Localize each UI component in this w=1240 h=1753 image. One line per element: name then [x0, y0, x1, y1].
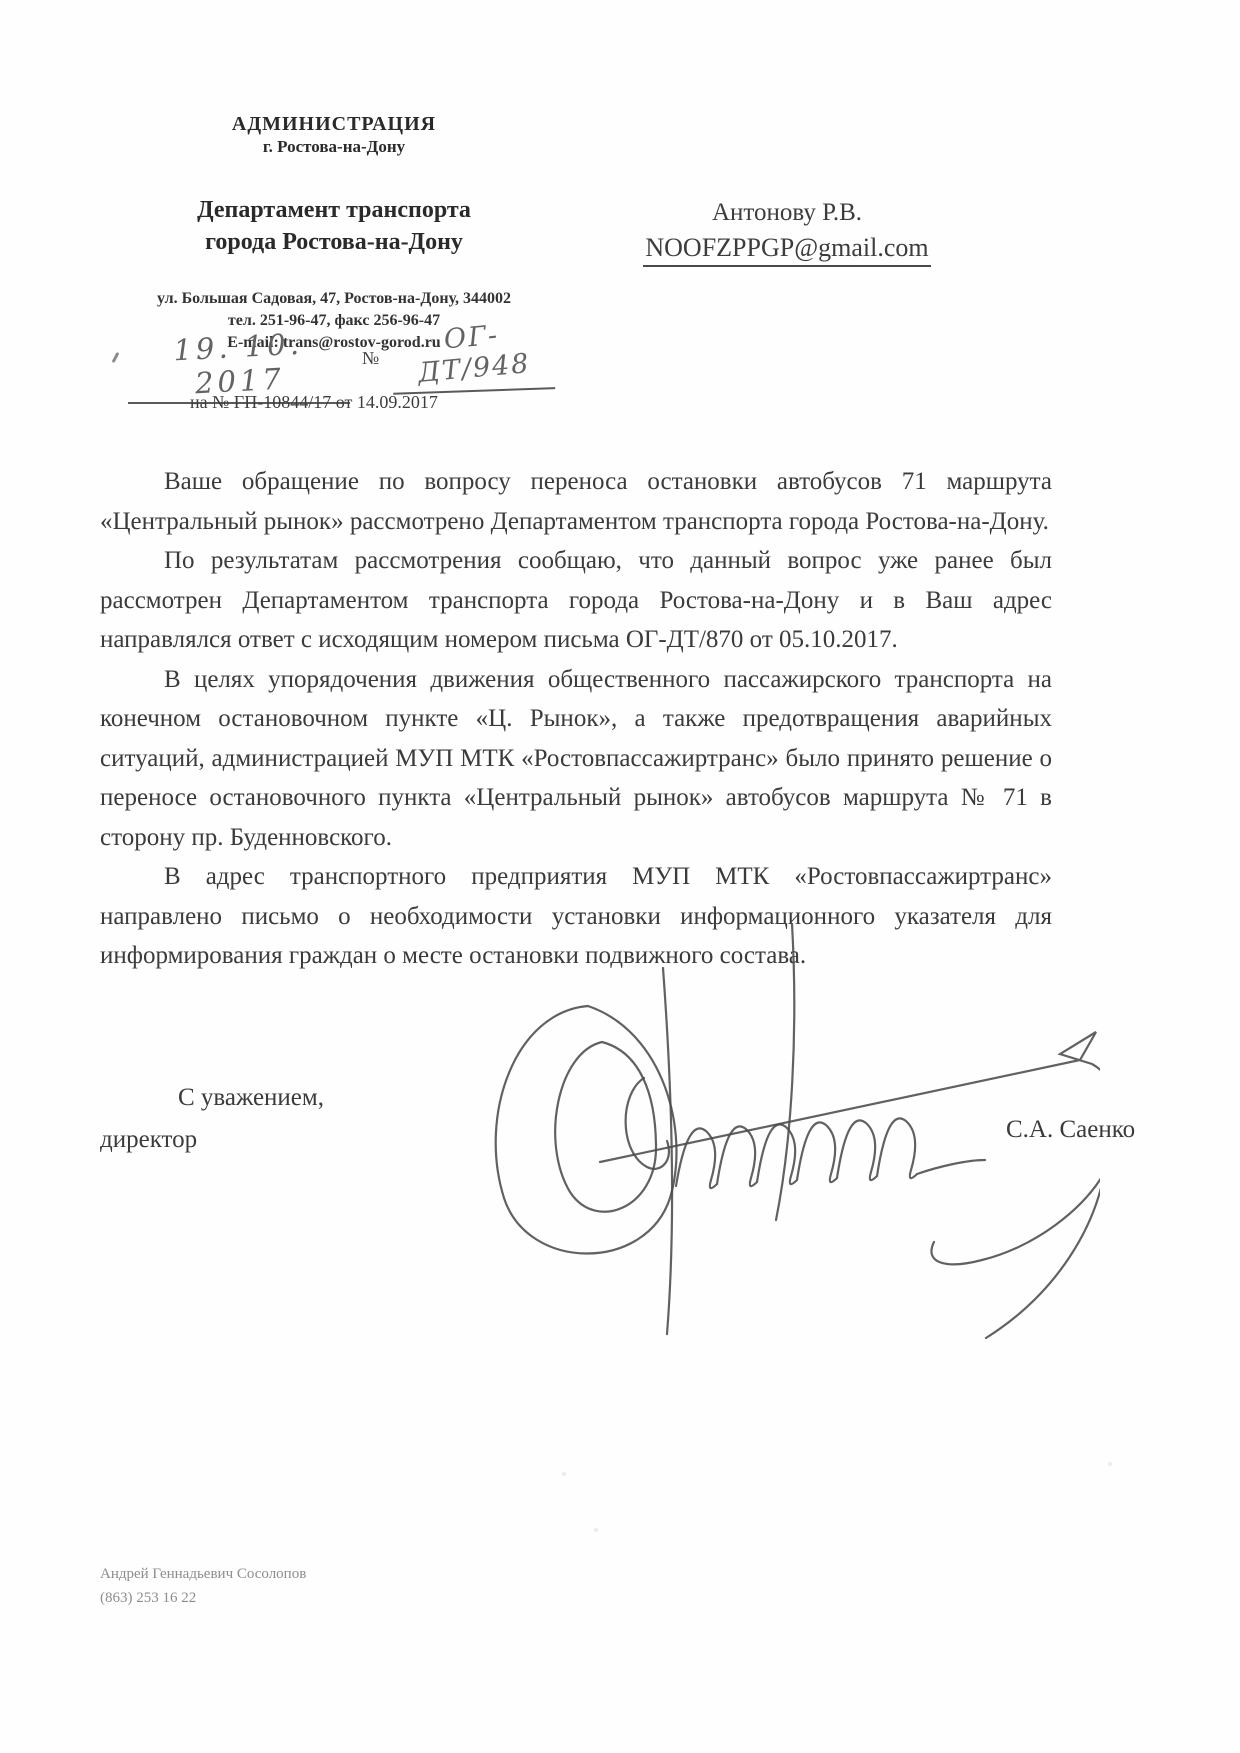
recipient-name: Антонову Р.В.	[632, 198, 942, 228]
executor-name: Андрей Геннадьевич Сосолопов	[100, 1562, 306, 1586]
closing-phrase: С уважением,	[178, 1084, 324, 1112]
department-name: Департамент транспорта города Ростова-на…	[118, 194, 550, 258]
org-name-line2: г. Ростова-на-Дону	[118, 136, 550, 158]
letterhead: АДМИНИСТРАЦИЯ г. Ростова-на-Дону Департа…	[118, 112, 550, 354]
body-paragraph: По результатам рассмотрения сообщаю, что…	[100, 541, 1052, 660]
signer-name: С.А. Саенко	[1006, 1116, 1135, 1144]
department-name-line1: Департамент транспорта	[118, 194, 550, 226]
signer-title: директор	[100, 1126, 197, 1154]
outgoing-number-handwritten: ОГ-ДТ/948	[389, 315, 556, 391]
number-sign: №	[362, 348, 379, 369]
department-name-line2: города Ростова-на-Дону	[118, 226, 550, 258]
scan-artifact	[562, 1472, 566, 1476]
recipient-email: NOOFZPPGP@gmail.com	[643, 232, 930, 267]
pen-mark-icon	[112, 352, 120, 363]
executor-phone: (863) 253 16 22	[100, 1586, 306, 1610]
recipient-block: Антонову Р.В. NOOFZPPGP@gmail.com	[632, 198, 942, 267]
letter-page: АДМИНИСТРАЦИЯ г. Ростова-на-Дону Департа…	[0, 0, 1240, 1753]
body-paragraph: В целях упорядочения движения общественн…	[100, 660, 1052, 858]
letterhead-address: ул. Большая Садовая, 47, Ростов-на-Дону,…	[118, 288, 550, 310]
outgoing-number-field: ОГ-ДТ/948	[391, 319, 555, 395]
in-reply-reference: на № ГП-10844/17 от 14.09.2017	[190, 392, 438, 413]
outgoing-reference-row: 19. 10. 2017 № ОГ-ДТ/948	[104, 330, 574, 380]
org-name-line1: АДМИНИСТРАЦИЯ	[118, 112, 550, 136]
scan-artifact	[594, 1528, 598, 1532]
executor-contact: Андрей Геннадьевич Сосолопов (863) 253 1…	[100, 1562, 306, 1610]
body-paragraph: Ваше обращение по вопросу переноса остан…	[100, 462, 1052, 541]
signature-scribble	[420, 910, 1100, 1340]
letter-body: Ваше обращение по вопросу переноса остан…	[100, 462, 1052, 976]
scan-artifact	[1108, 1462, 1112, 1466]
